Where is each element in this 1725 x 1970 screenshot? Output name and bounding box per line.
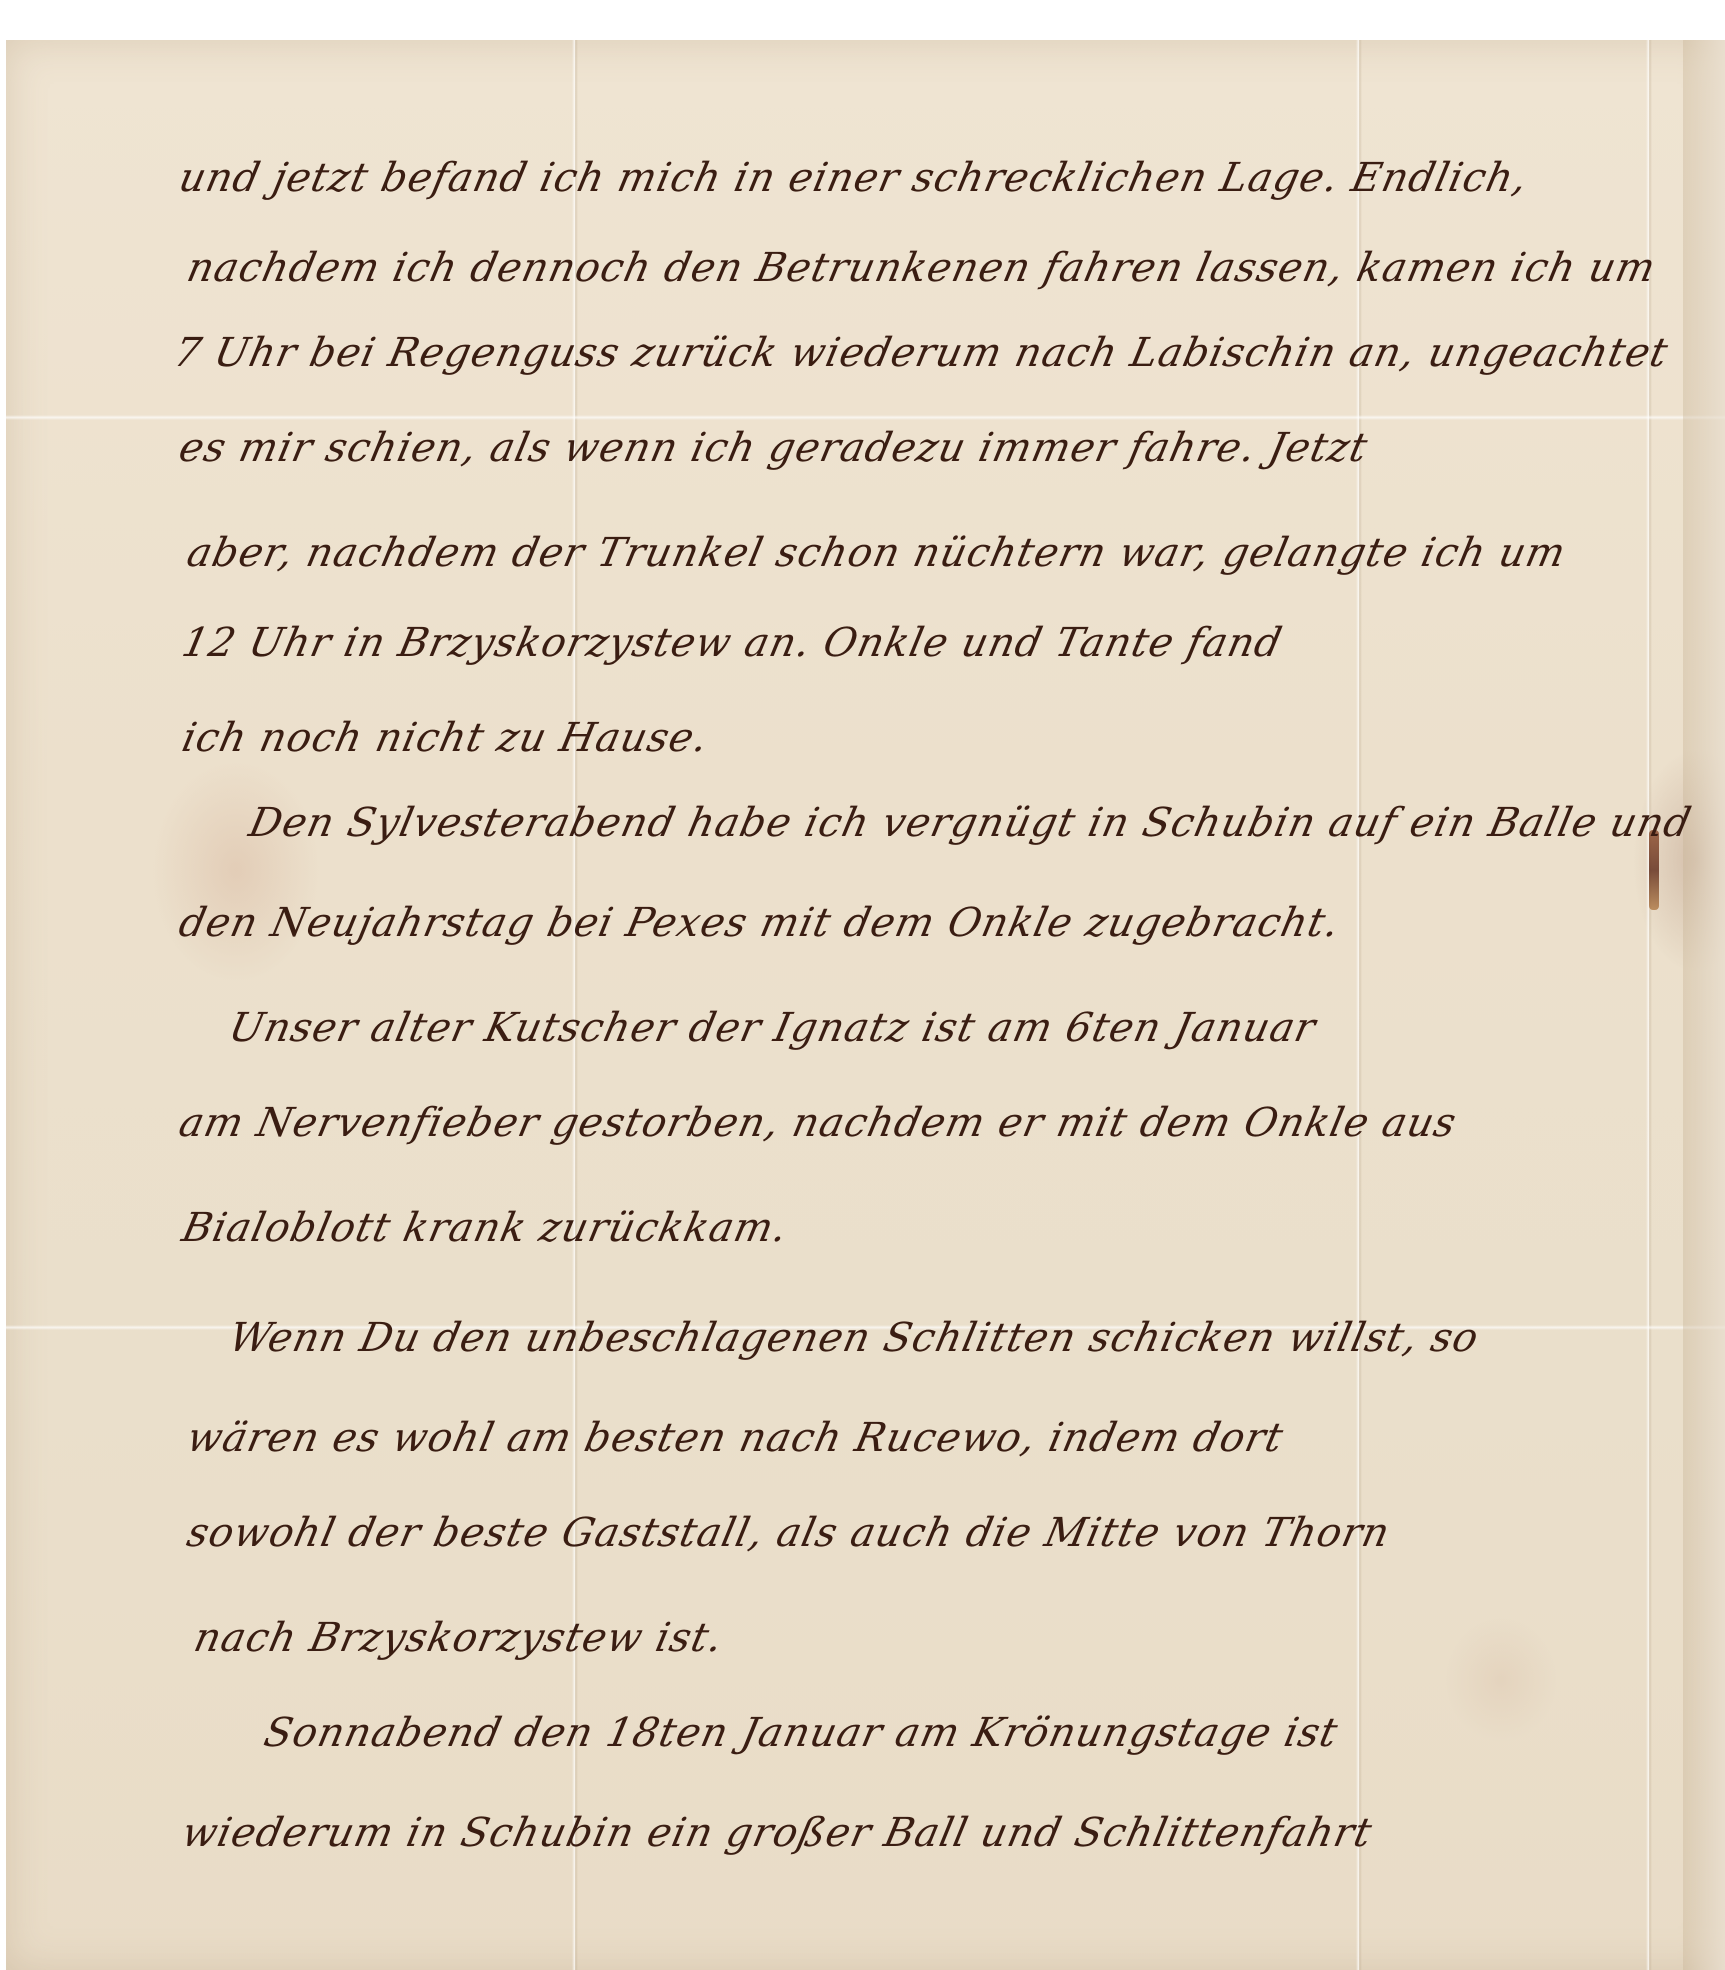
text-line: es mir schien, als wenn ich geradezu imm… [175,425,1372,471]
text-line: wären es wohl am besten nach Rucewo, ind… [183,1415,1288,1461]
text-line: sowohl der beste Gaststall, als auch die… [183,1510,1394,1556]
text-line: Sonnabend den 18ten Januar am Krönungsta… [260,1710,1342,1756]
text-line: 12 Uhr in Brzyskorzystew an. Onkle und T… [178,620,1287,666]
text-line: wiederum in Schubin ein großer Ball und … [178,1810,1376,1856]
text-line: nachdem ich dennoch den Betrunkenen fahr… [183,245,1660,291]
text-line: nach Brzyskorzystew ist. [190,1615,727,1661]
text-line: ich noch nicht zu Hause. [178,715,713,761]
text-line: am Nervenfieber gestorben, nachdem er mi… [175,1100,1461,1146]
text-line: Den Sylvesterabend habe ich vergnügt in … [245,800,1696,846]
text-line: aber, nachdem der Trunkel schon nüchtern… [183,530,1570,576]
text-line: den Neujahrstag bei Pexes mit dem Onkle … [175,900,1344,946]
text-line: und jetzt befand ich mich in einer schre… [175,155,1532,201]
text-line: 7 Uhr bei Regenguss zurück wiederum nach… [170,330,1673,376]
text-line: Unser alter Kutscher der Ignatz ist am 6… [225,1005,1320,1051]
handwritten-text-body: und jetzt befand ich mich in einer schre… [0,0,1725,1970]
text-line: Wenn Du den unbeschlagenen Schlitten sch… [225,1315,1483,1361]
text-line: Bialoblott krank zurückkam. [178,1205,792,1251]
